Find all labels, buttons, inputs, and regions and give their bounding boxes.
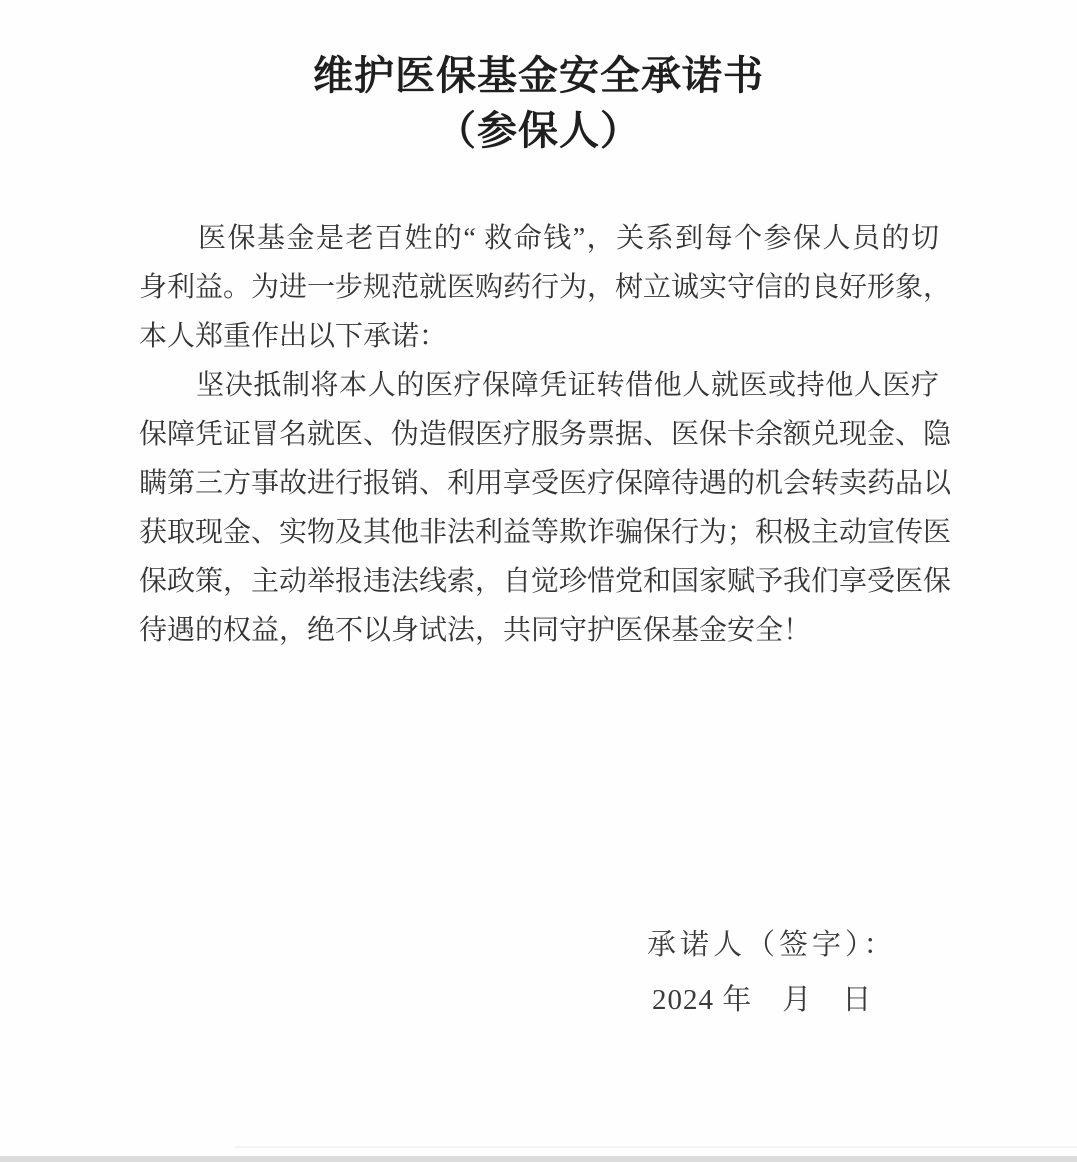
document-title: 维护医保基金安全承诺书 xyxy=(0,48,1077,103)
body-line: 身利益。为进一步规范就医购药行为，树立诚实守信的良好形象， xyxy=(139,263,939,312)
body-line: 医保基金是老百姓的“ 救命钱”，关系到每个参保人员的切 xyxy=(139,214,939,263)
signature-label: 承诺人（签字）： xyxy=(647,921,897,970)
body-line: 获取现金、实物及其他非法利益等欺诈骗保行为；积极主动宣传医 xyxy=(139,508,939,557)
scan-edge xyxy=(0,1156,1077,1162)
body-line: 保政策，主动举报违法线索，自觉珍惜党和国家赋予我们享受医保 xyxy=(139,557,939,606)
body-line: 瞒第三方事故进行报销、利用享受医疗保障待遇的机会转卖药品以 xyxy=(139,459,939,508)
scan-artifact-line xyxy=(235,1146,1077,1148)
body-line: 坚决抵制将本人的医疗保障凭证转借他人就医或持他人医疗 xyxy=(139,361,939,410)
document-page: 维护医保基金安全承诺书 （参保人） 医保基金是老百姓的“ 救命钱”，关系到每个参… xyxy=(0,0,1077,1162)
body-line: 保障凭证冒名就医、伪造假医疗服务票据、医保卡余额兑现金、隐 xyxy=(139,410,939,459)
document-subtitle: （参保人） xyxy=(0,103,1077,158)
title-block: 维护医保基金安全承诺书 （参保人） xyxy=(0,48,1077,158)
body-line: 待遇的权益，绝不以身试法，共同守护医保基金安全！ xyxy=(139,606,939,655)
signature-date-line: 2024 年 月 日 xyxy=(652,976,872,1025)
body-line: 本人郑重作出以下承诺： xyxy=(139,312,939,361)
document-body: 医保基金是老百姓的“ 救命钱”，关系到每个参保人员的切 身利益。为进一步规范就医… xyxy=(139,214,939,655)
